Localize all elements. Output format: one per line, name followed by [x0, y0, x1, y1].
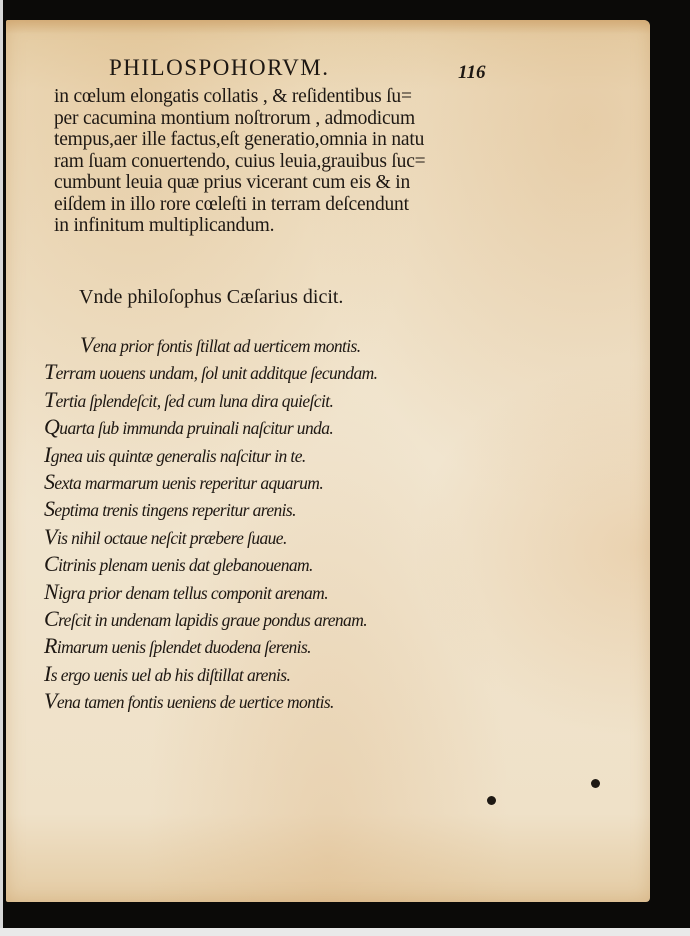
verse-line: Vis nihil octaue neſcit præbere ſuaue. — [44, 524, 377, 551]
prose-line: cumbunt leuia quæ prius vicerant cum eis… — [54, 172, 484, 194]
prose-paragraph: in cœlum elongatis collatis , & reſident… — [54, 86, 484, 237]
verse-initial: V — [44, 688, 57, 713]
verse-line: Septima trenis tingens reperitur arenis. — [44, 496, 377, 523]
verse-initial: C — [44, 551, 58, 576]
verse-text: igra prior denam tellus componit arenam. — [58, 583, 328, 603]
verse-line: Vena prior fontis ſtillat ad uerticem mo… — [44, 332, 377, 359]
verse-initial: T — [44, 359, 56, 384]
prose-line: per cacumina montium noſtrorum , admodic… — [54, 108, 484, 130]
verse-line: Rimarum uenis ſplendet duodena ſerenis. — [44, 633, 377, 660]
verse-initial: V — [80, 332, 93, 357]
verse-initial: N — [44, 579, 58, 604]
verse-text: uarta ſub immunda pruinali naſcitur unda… — [59, 418, 333, 438]
prose-line: in infinitum multiplicandum. — [54, 215, 484, 237]
book-page: PHILOSPOHORVM. 116 in cœlum elongatis co… — [6, 20, 650, 902]
verse-line: Creſcit in undenam lapidis graue pondus … — [44, 606, 377, 633]
verse-text: gnea uis quintæ generalis naſcitur in te… — [51, 446, 306, 466]
verse-text: exta marmarum uenis reperitur aquarum. — [54, 473, 323, 493]
verse-text: ena prior fontis ſtillat ad uerticem mon… — [93, 336, 361, 356]
verse-line: Citrinis plenam uenis dat glebanouenam. — [44, 551, 377, 578]
verse-initial: S — [44, 469, 54, 494]
scan-frame-bottom-edge — [0, 928, 690, 936]
page-top-stain — [6, 20, 650, 34]
verse-initial: Q — [44, 414, 59, 439]
verse-line: Nigra prior denam tellus componit arenam… — [44, 579, 377, 606]
verse-text: ena tamen fontis ueniens de uertice mont… — [57, 692, 334, 712]
verse-initial: R — [44, 633, 57, 658]
verse-text: eptima trenis tingens reperitur arenis. — [54, 500, 296, 520]
verse-initial: C — [44, 606, 58, 631]
verse-line: Terram uouens undam, ſol unit additque ſ… — [44, 359, 377, 386]
verse-initial: T — [44, 387, 56, 412]
prose-line: ram ſuam conuertendo, cuius leuia,grauib… — [54, 151, 484, 173]
verse-initial: S — [44, 496, 54, 521]
prose-line: in cœlum elongatis collatis , & reſident… — [54, 86, 484, 108]
verse-text: s ergo uenis uel ab his diſtillat arenis… — [51, 665, 291, 685]
verse-initial: V — [44, 524, 57, 549]
verse-initial: I — [44, 442, 51, 467]
prose-line: eiſdem in illo rore cœleſti in terram de… — [54, 194, 484, 216]
running-head: PHILOSPOHORVM. — [109, 55, 329, 81]
verse-line: Vena tamen fontis ueniens de uertice mon… — [44, 688, 377, 715]
verse-initial: I — [44, 661, 51, 686]
verse-line: Sexta marmarum uenis reperitur aquarum. — [44, 469, 377, 496]
verse-line: Tertia ſplendeſcit, ſed cum luna dira qu… — [44, 387, 377, 414]
verse-poem: Vena prior fontis ſtillat ad uerticem mo… — [44, 332, 377, 716]
verse-text: imarum uenis ſplendet duodena ſerenis. — [57, 637, 311, 657]
page-number: 116 — [458, 62, 485, 84]
verse-text: erram uouens undam, ſol unit additque ſe… — [56, 363, 378, 383]
prose-line: tempus,aer ille factus,eſt generatio,omn… — [54, 129, 484, 151]
verse-text: is nihil octaue neſcit præbere ſuaue. — [57, 528, 287, 548]
pinhole-mark — [487, 796, 496, 805]
scan-frame-left-edge — [0, 0, 3, 936]
verse-line: Is ergo uenis uel ab his diſtillat areni… — [44, 661, 377, 688]
pinhole-mark — [591, 779, 600, 788]
verse-line: Quarta ſub immunda pruinali naſcitur und… — [44, 414, 377, 441]
verse-line: Ignea uis quintæ generalis naſcitur in t… — [44, 442, 377, 469]
verse-introduction: Vnde philoſophus Cæſarius dicit. — [79, 286, 343, 309]
verse-text: ertia ſplendeſcit, ſed cum luna dira qui… — [56, 391, 334, 411]
verse-text: reſcit in undenam lapidis graue pondus a… — [58, 610, 367, 630]
verse-text: itrinis plenam uenis dat glebanouenam. — [58, 555, 313, 575]
